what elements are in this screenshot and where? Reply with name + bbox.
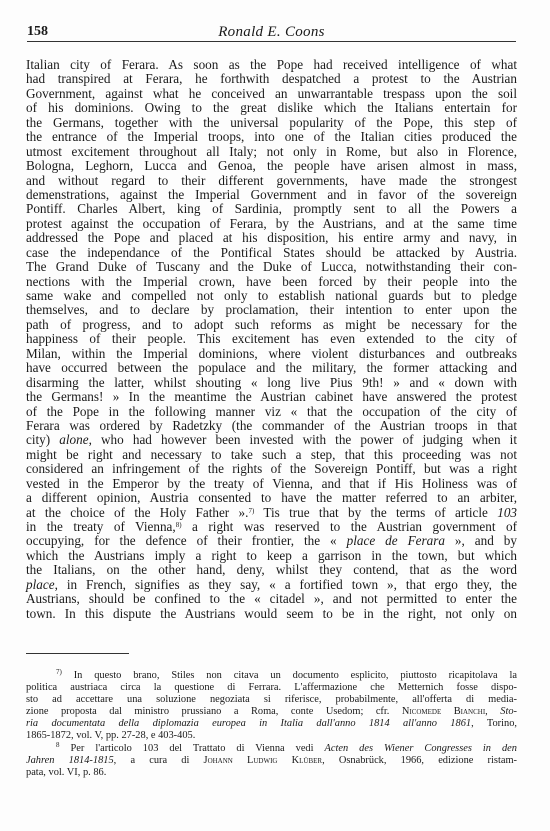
text-run: , who had however been invested with the… xyxy=(89,432,517,447)
text-line: case the independance of the Pontifical … xyxy=(26,246,517,260)
text-line: disarming the latter, whilst shouting « … xyxy=(26,376,517,390)
page-header: 158 Ronald E. Coons xyxy=(27,24,516,42)
text-line: might be right and necessary to take suc… xyxy=(26,448,517,462)
text-line: The Grand Duke of Tuscany and the Duke o… xyxy=(26,260,517,274)
text-run: , a cura di xyxy=(114,755,204,766)
text-line: Pontiff. Charles Albert, king of Sardini… xyxy=(26,202,517,216)
text-line: town. In this dispute the Austrians woul… xyxy=(26,607,517,621)
footnote-7-line: ria documentata della diplomazia europea… xyxy=(26,718,517,730)
footnote-8-line: 8 Per l'articolo 103 del Trattato di Vie… xyxy=(26,743,517,755)
text-line: and without regard to their different go… xyxy=(26,174,517,188)
text-line: place, in French, signifies as they say,… xyxy=(26,578,517,592)
text-line: vested in the Emperor by the treaty of V… xyxy=(26,477,517,491)
text-line: happiness of their people. This exciteme… xyxy=(26,332,517,346)
text-line: city) alone, who had however been invest… xyxy=(26,433,517,447)
italic-run: Sto- xyxy=(500,706,517,717)
header-rule xyxy=(27,41,516,42)
text-line: in the treaty of Vienna,8) a right was r… xyxy=(26,520,517,534)
book-page: 158 Ronald E. Coons Italian city of Fera… xyxy=(0,0,550,831)
italic-run: 103 xyxy=(497,505,517,520)
footnote-8-line: Jahren 1814-1815, a cura di Johann Ludwi… xyxy=(26,755,517,767)
text-line: protest against the occupation of Ferara… xyxy=(26,217,517,231)
text-run: In questo brano, Stiles non citava un do… xyxy=(62,670,517,681)
text-line: a different opinion, Austria consented t… xyxy=(26,491,517,505)
text-run: Per l'articolo 103 del Trattato di Vienn… xyxy=(60,743,325,754)
footnote-7-line: 7) In questo brano, Stiles non citava un… xyxy=(26,670,517,682)
text-run: », and by xyxy=(445,533,517,548)
text-line: the entrance of the Imperial troops, int… xyxy=(26,130,517,144)
text-line: Bologna, Leghorn, Lucca and Genoa, the p… xyxy=(26,159,517,173)
book-title: ria documentata della diplomazia europea… xyxy=(26,718,471,729)
text-line: path of progress, and to adopt such refo… xyxy=(26,318,517,332)
text-run: zione proposta dal ministro prussiano a … xyxy=(26,706,402,717)
book-title: Jahren 1814-1815 xyxy=(26,755,114,766)
text-line: Government, against what he conceived an… xyxy=(26,87,517,101)
text-line: Austrians, should be confined to the « c… xyxy=(26,592,517,606)
text-line: of the Pope in the following manner viz … xyxy=(26,405,517,419)
text-line: nections with the Imperial crown, have b… xyxy=(26,275,517,289)
text-line: of his dominions. Owing to the great dis… xyxy=(26,101,517,115)
text-run: , in French, signifies as they say, « a … xyxy=(55,577,517,592)
body-text: Italian city of Ferara. As soon as the P… xyxy=(26,58,517,621)
text-line: at the choice of the Holy Father ».7) Ti… xyxy=(26,506,517,520)
text-line: themselves, and to declare by proclamati… xyxy=(26,303,517,317)
text-run: at the choice of the Holy Father ». xyxy=(26,505,248,520)
footnote-rule xyxy=(26,653,129,654)
text-run: Tis true that by the terms of article xyxy=(254,505,497,520)
text-run: , Torino, xyxy=(471,718,517,729)
italic-run: place xyxy=(26,577,55,592)
text-line: the Italians, on the other hand, deny, w… xyxy=(26,563,517,577)
text-run: , xyxy=(485,706,500,717)
footnote-7-line: sto ad accettare una soluzione negoziata… xyxy=(26,694,517,706)
author-name: Nicomede Bianchi xyxy=(402,706,485,717)
text-line: utmost excitement throughout all Italy; … xyxy=(26,145,517,159)
text-line: Milan, within the Imperial dominions, wh… xyxy=(26,347,517,361)
footnote-7-line: politica austriaca circa la questione di… xyxy=(26,682,517,694)
italic-run: place de Ferara xyxy=(347,533,445,548)
text-run: occupying, for the defence of their fron… xyxy=(26,533,347,548)
footnote-8-line: pata, vol. VI, p. 86. xyxy=(26,767,517,779)
text-run: in the treaty of Vienna, xyxy=(26,519,176,534)
text-line: same wake and compelled not only to esta… xyxy=(26,289,517,303)
text-line: demenstrations, against the Imperial Gov… xyxy=(26,188,517,202)
footnote-7-line: 1865-1872, vol. V, pp. 27-28, e 403-405. xyxy=(26,730,517,742)
italic-run: alone xyxy=(59,432,88,447)
text-run: city) xyxy=(26,432,59,447)
text-line: addressed the Pope and placed at his dis… xyxy=(26,231,517,245)
text-line: the Germans! » In the meantime the Austr… xyxy=(26,390,517,404)
text-line: considered an infringement of the rights… xyxy=(26,462,517,476)
running-title: Ronald E. Coons xyxy=(27,24,516,41)
text-line: Italian city of Ferara. As soon as the P… xyxy=(26,58,517,72)
text-run: a right was reserved to the Austrian gov… xyxy=(182,519,517,534)
text-line: had transpired at Ferara, he forthwith d… xyxy=(26,72,517,86)
text-line: the Germans, together with the universal… xyxy=(26,116,517,130)
footnotes: 7) In questo brano, Stiles non citava un… xyxy=(26,670,517,779)
text-run: , Osnabrück, 1966, edizione ristam- xyxy=(322,755,517,766)
author-name: Johann Ludwig Klüber xyxy=(204,755,323,766)
text-line: have occurred between the populace and t… xyxy=(26,361,517,375)
text-line: Ferara was ordered by Radetzky (the comm… xyxy=(26,419,517,433)
text-line: which the Austrians imply a right to kee… xyxy=(26,549,517,563)
footnote-7-line: zione proposta dal ministro prussiano a … xyxy=(26,706,517,718)
text-line: occupying, for the defence of their fron… xyxy=(26,534,517,548)
book-title: Acten des Wiener Congresses in den xyxy=(325,743,517,754)
